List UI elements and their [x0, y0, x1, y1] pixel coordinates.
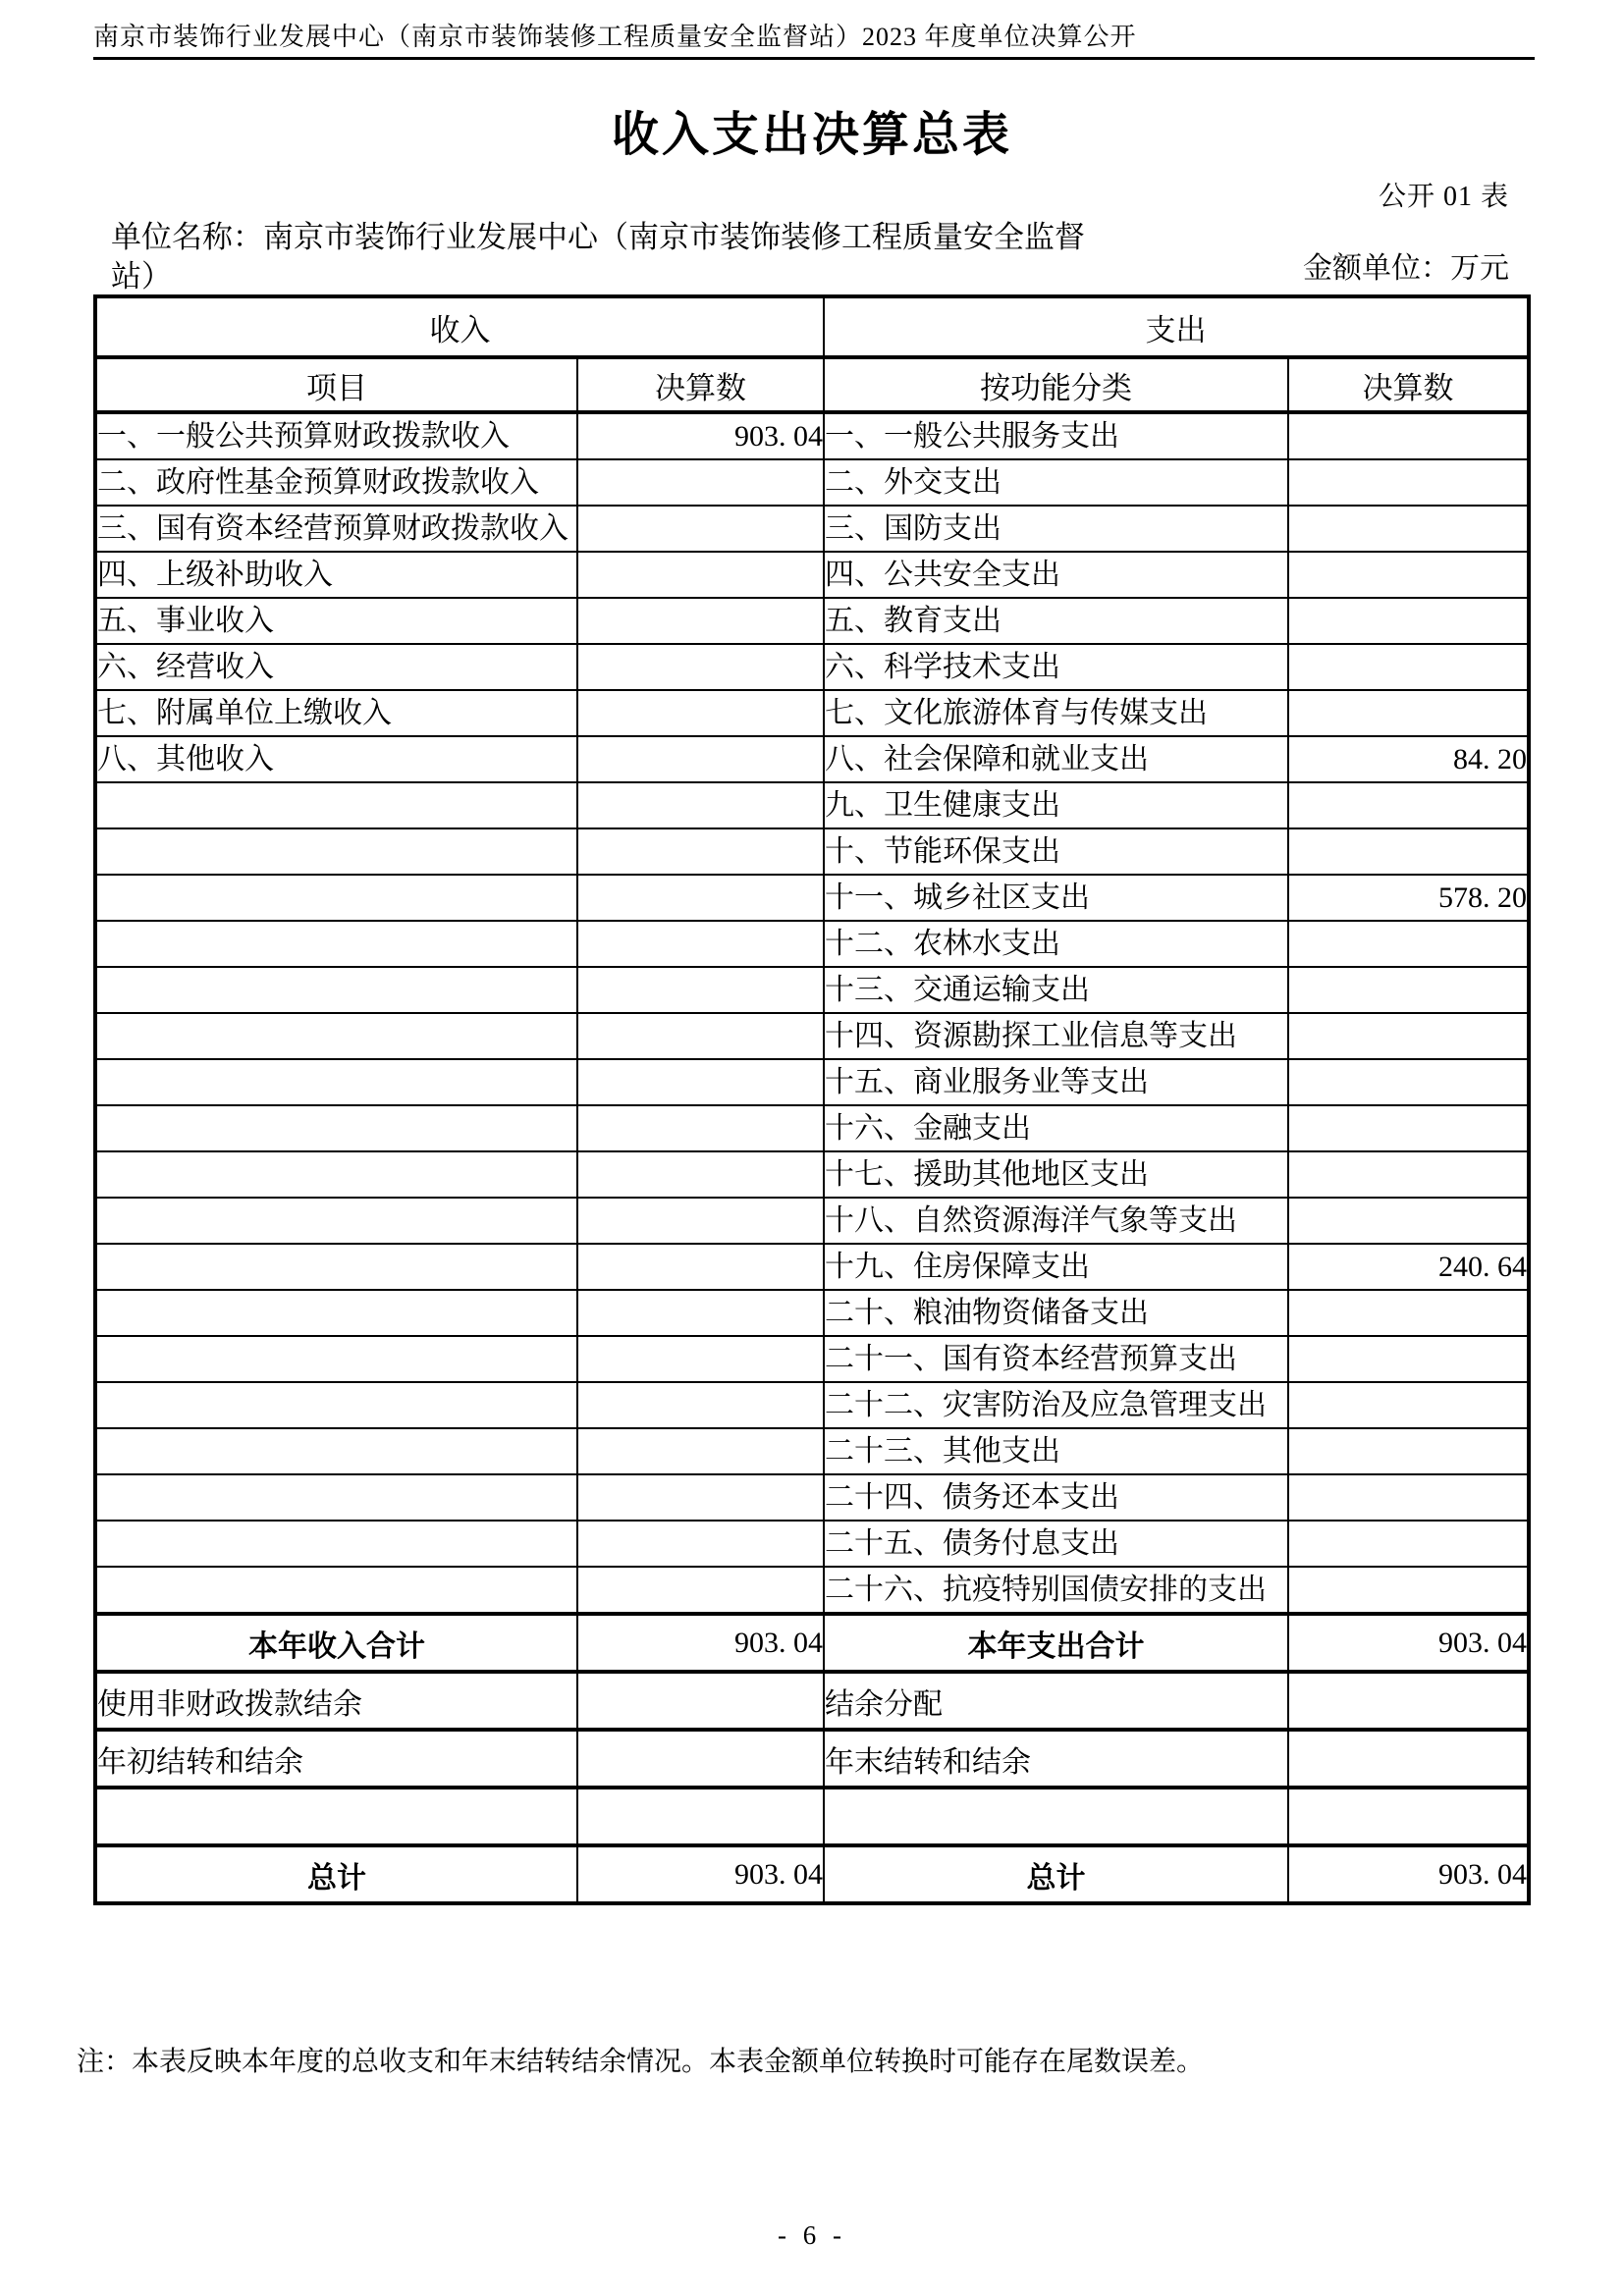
table-row: 二十三、其他支出	[95, 1428, 1529, 1474]
table-row: 八、其他收入 八、社会保障和就业支出 84. 20	[95, 736, 1529, 782]
expense-amount-cell: 84. 20	[1288, 736, 1529, 782]
table-row: 九、卫生健康支出	[95, 782, 1529, 828]
expense-summary-amount	[1288, 1730, 1529, 1788]
table-summary: 本年收入合计 903. 04 本年支出合计 903. 04 使用非财政拨款结余 …	[95, 1614, 1529, 1903]
expense-item-cell: 二十四、债务还本支出	[824, 1474, 1288, 1521]
expense-item-cell: 十四、资源勘探工业信息等支出	[824, 1013, 1288, 1059]
table-header: 收入 支出 项目 决算数 按功能分类 决算数	[95, 296, 1529, 412]
table-row: 二十四、债务还本支出	[95, 1474, 1529, 1521]
summary-row: 本年收入合计 903. 04 本年支出合计 903. 04	[95, 1614, 1529, 1672]
page-title: 收入支出决算总表	[0, 96, 1624, 164]
expense-item-cell: 八、社会保障和就业支出	[824, 736, 1288, 782]
income-amount-cell	[577, 506, 824, 552]
income-amount-cell: 903. 04	[577, 412, 824, 459]
final-amount-column-header-right: 决算数	[1288, 357, 1529, 412]
table-row: 二十、粮油物资储备支出	[95, 1290, 1529, 1336]
income-amount-cell	[577, 1105, 824, 1151]
expense-item-cell: 二十五、债务付息支出	[824, 1521, 1288, 1567]
income-amount-cell	[577, 1198, 824, 1244]
table-row: 二十一、国有资本经营预算支出	[95, 1336, 1529, 1382]
table-row: 一、一般公共预算财政拨款收入 903. 04 一、一般公共服务支出	[95, 412, 1529, 459]
item-column-header: 项目	[95, 357, 577, 412]
income-amount-cell	[577, 1474, 824, 1521]
income-amount-cell	[577, 1013, 824, 1059]
expense-item-cell: 十八、自然资源海洋气象等支出	[824, 1198, 1288, 1244]
expense-item-cell: 十七、援助其他地区支出	[824, 1151, 1288, 1198]
income-amount-cell	[577, 552, 824, 598]
expense-item-cell: 十一、城乡社区支出	[824, 875, 1288, 921]
document-header: 南京市装饰行业发展中心（南京市装饰装修工程质量安全监督站）2023 年度单位决算…	[93, 22, 1535, 60]
document-page: 南京市装饰行业发展中心（南京市装饰装修工程质量安全监督站）2023 年度单位决算…	[0, 0, 1624, 2296]
expense-amount-cell	[1288, 1428, 1529, 1474]
expense-summary-label: 本年支出合计	[824, 1614, 1288, 1672]
expense-summary-amount	[1288, 1788, 1529, 1845]
expense-item-cell: 一、一般公共服务支出	[824, 412, 1288, 459]
expense-amount-cell	[1288, 690, 1529, 736]
expense-item-cell: 六、科学技术支出	[824, 644, 1288, 690]
expense-item-cell: 十六、金融支出	[824, 1105, 1288, 1151]
column-header-row: 项目 决算数 按功能分类 决算数	[95, 357, 1529, 412]
income-summary-label: 总计	[95, 1845, 577, 1903]
expense-amount-cell	[1288, 1567, 1529, 1614]
expense-summary-label: 年末结转和结余	[824, 1730, 1288, 1788]
table-row: 十四、资源勘探工业信息等支出	[95, 1013, 1529, 1059]
table-row: 七、附属单位上缴收入 七、文化旅游体育与传媒支出	[95, 690, 1529, 736]
expense-item-cell: 十、节能环保支出	[824, 828, 1288, 875]
expense-amount-cell	[1288, 1290, 1529, 1336]
expense-amount-cell	[1288, 1105, 1529, 1151]
income-amount-cell	[577, 1382, 824, 1428]
expense-item-cell: 二、外交支出	[824, 459, 1288, 506]
income-item-cell	[95, 1198, 577, 1244]
income-amount-cell	[577, 1151, 824, 1198]
expense-item-cell: 十三、交通运输支出	[824, 967, 1288, 1013]
expense-amount-cell	[1288, 644, 1529, 690]
income-amount-cell	[577, 875, 824, 921]
expense-item-cell: 十九、住房保障支出	[824, 1244, 1288, 1290]
final-amount-column-header-left: 决算数	[577, 357, 824, 412]
table-row: 五、事业收入 五、教育支出	[95, 598, 1529, 644]
footnote: 注：本表反映本年度的总收支和年末结转结余情况。本表金额单位转换时可能存在尾数误差…	[77, 2040, 1549, 2079]
expense-item-cell: 二十六、抗疫特别国债安排的支出	[824, 1567, 1288, 1614]
income-item-cell	[95, 1567, 577, 1614]
summary-row	[95, 1788, 1529, 1845]
income-amount-cell	[577, 690, 824, 736]
expense-amount-cell: 240. 64	[1288, 1244, 1529, 1290]
expense-amount-cell	[1288, 1198, 1529, 1244]
expense-item-cell: 二十三、其他支出	[824, 1428, 1288, 1474]
income-item-cell	[95, 1013, 577, 1059]
expenditure-group-header: 支出	[824, 296, 1529, 357]
income-item-cell	[95, 921, 577, 967]
table-row: 二、政府性基金预算财政拨款收入 二、外交支出	[95, 459, 1529, 506]
table-row: 二十五、债务付息支出	[95, 1521, 1529, 1567]
expense-summary-label	[824, 1788, 1288, 1845]
expense-amount-cell	[1288, 1474, 1529, 1521]
group-header-row: 收入 支出	[95, 296, 1529, 357]
expense-amount-cell	[1288, 1521, 1529, 1567]
table-row: 十九、住房保障支出 240. 64	[95, 1244, 1529, 1290]
table-row: 十五、商业服务业等支出	[95, 1059, 1529, 1105]
income-item-cell	[95, 1521, 577, 1567]
income-item-cell	[95, 1428, 577, 1474]
income-item-cell	[95, 1336, 577, 1382]
income-item-cell	[95, 1105, 577, 1151]
summary-row: 使用非财政拨款结余 结余分配	[95, 1672, 1529, 1730]
table-row: 四、上级补助收入 四、公共安全支出	[95, 552, 1529, 598]
income-amount-cell	[577, 828, 824, 875]
expense-item-cell: 四、公共安全支出	[824, 552, 1288, 598]
summary-row: 年初结转和结余 年末结转和结余	[95, 1730, 1529, 1788]
income-amount-cell	[577, 921, 824, 967]
income-summary-amount	[577, 1730, 824, 1788]
table-row: 二十二、灾害防治及应急管理支出	[95, 1382, 1529, 1428]
income-item-cell	[95, 828, 577, 875]
income-amount-cell	[577, 1290, 824, 1336]
income-item-cell	[95, 967, 577, 1013]
income-amount-cell	[577, 967, 824, 1013]
expense-amount-cell	[1288, 921, 1529, 967]
income-summary-amount: 903. 04	[577, 1845, 824, 1903]
income-amount-cell	[577, 1567, 824, 1614]
income-item-cell	[95, 1151, 577, 1198]
expense-summary-label: 结余分配	[824, 1672, 1288, 1730]
income-item-cell: 二、政府性基金预算财政拨款收入	[95, 459, 577, 506]
income-amount-cell	[577, 598, 824, 644]
expense-amount-cell	[1288, 1382, 1529, 1428]
page-number: - 6 -	[0, 2220, 1624, 2251]
by-function-column-header: 按功能分类	[824, 357, 1288, 412]
expense-item-cell: 九、卫生健康支出	[824, 782, 1288, 828]
income-item-cell	[95, 875, 577, 921]
expense-amount-cell	[1288, 828, 1529, 875]
income-amount-cell	[577, 1428, 824, 1474]
income-item-cell	[95, 1474, 577, 1521]
expense-amount-cell	[1288, 412, 1529, 459]
expense-amount-cell	[1288, 782, 1529, 828]
expense-summary-label: 总计	[824, 1845, 1288, 1903]
income-summary-label: 本年收入合计	[95, 1614, 577, 1672]
expense-item-cell: 五、教育支出	[824, 598, 1288, 644]
expense-item-cell: 二十二、灾害防治及应急管理支出	[824, 1382, 1288, 1428]
income-item-cell	[95, 782, 577, 828]
expense-item-cell: 十二、农林水支出	[824, 921, 1288, 967]
expense-item-cell: 二十、粮油物资储备支出	[824, 1290, 1288, 1336]
expense-amount-cell	[1288, 967, 1529, 1013]
income-amount-cell	[577, 1059, 824, 1105]
income-summary-amount	[577, 1788, 824, 1845]
income-amount-cell	[577, 1244, 824, 1290]
unit-name-label: 单位名称：南京市装饰行业发展中心（南京市装饰装修工程质量安全监督 站）	[111, 218, 1103, 296]
amount-unit-label: 金额单位：万元	[1303, 243, 1509, 287]
income-item-cell	[95, 1382, 577, 1428]
income-item-cell	[95, 1059, 577, 1105]
table-row: 二十六、抗疫特别国债安排的支出	[95, 1567, 1529, 1614]
table-row: 十、节能环保支出	[95, 828, 1529, 875]
expense-item-cell: 三、国防支出	[824, 506, 1288, 552]
table-row: 十二、农林水支出	[95, 921, 1529, 967]
table-row: 三、国有资本经营预算财政拨款收入 三、国防支出	[95, 506, 1529, 552]
expense-amount-cell	[1288, 598, 1529, 644]
expense-summary-amount: 903. 04	[1288, 1614, 1529, 1672]
table-row: 十七、援助其他地区支出	[95, 1151, 1529, 1198]
expense-amount-cell	[1288, 1336, 1529, 1382]
income-item-cell: 一、一般公共预算财政拨款收入	[95, 412, 577, 459]
income-item-cell	[95, 1290, 577, 1336]
expense-amount-cell	[1288, 1059, 1529, 1105]
expense-amount-cell	[1288, 506, 1529, 552]
table-row: 十六、金融支出	[95, 1105, 1529, 1151]
income-item-cell: 六、经营收入	[95, 644, 577, 690]
income-summary-label: 年初结转和结余	[95, 1730, 577, 1788]
table-row: 六、经营收入 六、科学技术支出	[95, 644, 1529, 690]
income-item-cell: 七、附属单位上缴收入	[95, 690, 577, 736]
income-summary-amount: 903. 04	[577, 1614, 824, 1672]
expense-amount-cell	[1288, 459, 1529, 506]
income-item-cell: 三、国有资本经营预算财政拨款收入	[95, 506, 577, 552]
summary-row: 总计 903. 04 总计 903. 04	[95, 1845, 1529, 1903]
income-group-header: 收入	[95, 296, 824, 357]
table-row: 十三、交通运输支出	[95, 967, 1529, 1013]
income-item-cell	[95, 1244, 577, 1290]
expense-amount-cell	[1288, 552, 1529, 598]
income-item-cell: 四、上级补助收入	[95, 552, 577, 598]
table-row: 十一、城乡社区支出 578. 20	[95, 875, 1529, 921]
income-amount-cell	[577, 644, 824, 690]
budget-table: 收入 支出 项目 决算数 按功能分类 决算数 一、一般公共预算财政拨款收入 90…	[93, 294, 1531, 1905]
income-amount-cell	[577, 459, 824, 506]
income-item-cell: 五、事业收入	[95, 598, 577, 644]
income-amount-cell	[577, 1336, 824, 1382]
table-body: 一、一般公共预算财政拨款收入 903. 04 一、一般公共服务支出 二、政府性基…	[95, 412, 1529, 1614]
expense-amount-cell	[1288, 1013, 1529, 1059]
table-row: 十八、自然资源海洋气象等支出	[95, 1198, 1529, 1244]
expense-summary-amount	[1288, 1672, 1529, 1730]
income-amount-cell	[577, 736, 824, 782]
income-amount-cell	[577, 1521, 824, 1567]
income-item-cell: 八、其他收入	[95, 736, 577, 782]
income-summary-label	[95, 1788, 577, 1845]
expense-amount-cell: 578. 20	[1288, 875, 1529, 921]
income-summary-amount	[577, 1672, 824, 1730]
expense-item-cell: 七、文化旅游体育与传媒支出	[824, 690, 1288, 736]
table-number-label: 公开 01 表	[1379, 175, 1509, 214]
income-summary-label: 使用非财政拨款结余	[95, 1672, 577, 1730]
expense-item-cell: 二十一、国有资本经营预算支出	[824, 1336, 1288, 1382]
expense-item-cell: 十五、商业服务业等支出	[824, 1059, 1288, 1105]
expense-amount-cell	[1288, 1151, 1529, 1198]
income-amount-cell	[577, 782, 824, 828]
expense-summary-amount: 903. 04	[1288, 1845, 1529, 1903]
